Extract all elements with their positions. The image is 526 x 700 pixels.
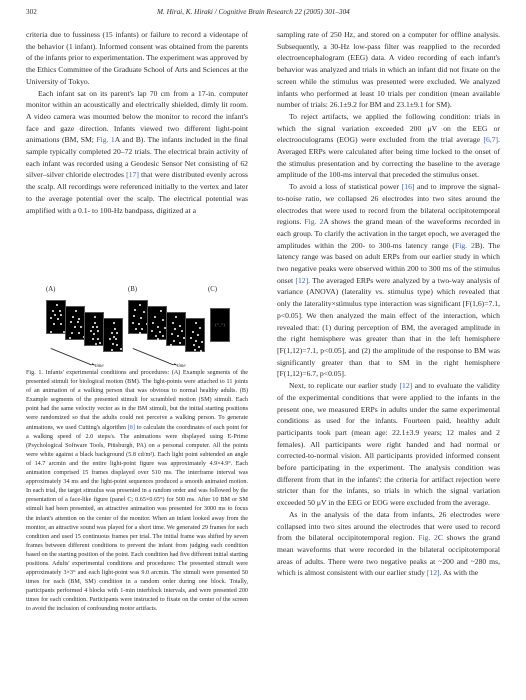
paragraph: Each infant sat on its parent's lap 70 c… [26, 88, 248, 217]
page-header: 302 M. Hirai, K. Hiraki / Cognitive Brai… [26, 8, 510, 22]
face-figure-frame: (^_^) [210, 308, 230, 342]
page-number: 302 [26, 8, 37, 16]
panel-label-a: (A) [46, 286, 55, 293]
panel-label-c: (C) [208, 286, 217, 293]
right-column: sampling rate of 250 Hz, and stored on a… [277, 29, 500, 579]
citation-link[interactable]: [17] [126, 170, 139, 179]
citation-link[interactable]: [12] [399, 381, 412, 390]
figure-caption: Fig. 1. Infants' experimental conditions… [26, 369, 248, 615]
bm-frame-3 [84, 312, 104, 346]
face-icon: (^_^) [211, 323, 229, 327]
running-head: M. Hirai, K. Hiraki / Cognitive Brain Re… [157, 8, 350, 16]
paragraph: sampling rate of 250 Hz, and stored on a… [277, 29, 500, 111]
sm-frame-1 [128, 300, 148, 334]
time-arrow-b [133, 348, 174, 365]
paragraph: To avoid a loss of statistical power [16… [277, 181, 500, 380]
sm-frame-4 [185, 318, 205, 352]
paragraph: As in the analysis of the data from infa… [277, 509, 500, 579]
sm-frame-2 [147, 306, 167, 340]
citation-link[interactable]: [6,7] [483, 135, 498, 144]
figure-1: (A) (B) (C) time [26, 286, 248, 370]
figure-link[interactable]: Fig. 2 [455, 241, 475, 250]
paragraph: criteria due to fussiness (15 infants) o… [26, 29, 248, 88]
citation-link[interactable]: [16] [402, 182, 415, 191]
figure-link[interactable]: Fig. 1 [96, 135, 114, 144]
figure-link[interactable]: Fig. 2 [304, 217, 323, 226]
citation-link[interactable]: [12] [295, 276, 308, 285]
paragraph: To reject artifacts, we applied the foll… [277, 111, 500, 181]
paragraph: Next, to replicate our earlier study [12… [277, 380, 500, 509]
caption-label: Fig. 1. [26, 370, 43, 376]
panel-label-b: (B) [128, 286, 137, 293]
time-arrow-a [51, 348, 92, 365]
sm-frame-3 [166, 312, 186, 346]
citation-link[interactable]: [8] [128, 425, 135, 431]
bm-frame-2 [65, 306, 85, 340]
citation-link[interactable]: [12] [427, 568, 440, 577]
left-column: criteria due to fussiness (15 infants) o… [26, 29, 248, 216]
figure-link[interactable]: Fig. 2 [418, 533, 438, 542]
bm-frame-4 [103, 318, 123, 352]
bm-frame-1 [46, 300, 66, 334]
